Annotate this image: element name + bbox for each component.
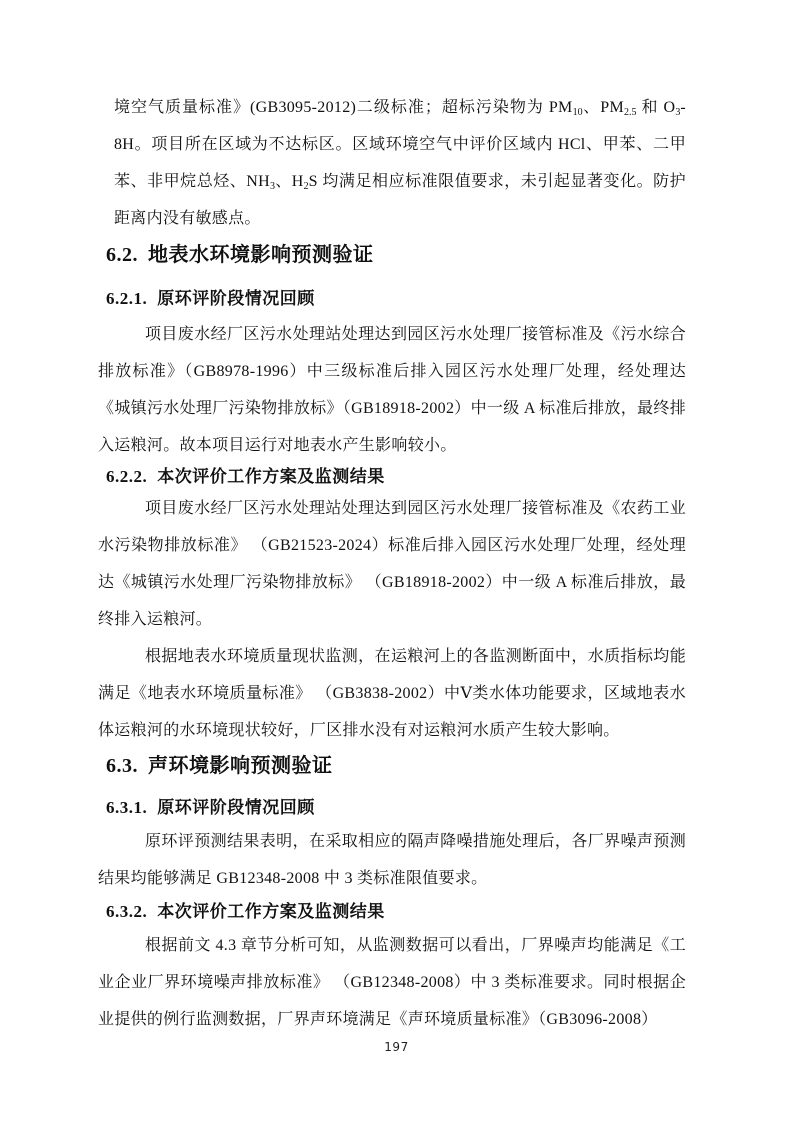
page-number: 197 — [0, 1040, 793, 1054]
subsection-heading-6-2-1: 6.2.1.原环评阶段情况回顾 — [106, 286, 686, 312]
subsection-title: 原环评阶段情况回顾 — [157, 289, 315, 308]
section-number: 6.2. — [106, 244, 138, 266]
subsection-heading-6-3-1: 6.3.1.原环评阶段情况回顾 — [106, 795, 686, 821]
subsection-heading-6-3-2: 6.3.2.本次评价工作方案及监测结果 — [106, 899, 686, 925]
body-paragraph: 根据前文 4.3 章节分析可知，从监测数据可以看出，厂界噪声均能满足《工业企业厂… — [98, 927, 686, 1038]
section-title: 地表水环境影响预测验证 — [148, 244, 374, 266]
subsection-number: 6.2.2. — [106, 467, 147, 486]
intro-paragraph: 境空气质量标准》(GB3095-2012)二级标准；超标污染物为 PM10、PM… — [114, 89, 686, 237]
subsection-title: 本次评价工作方案及监测结果 — [157, 902, 385, 921]
section-heading-6-3: 6.3.声环境影响预测验证 — [106, 751, 686, 781]
subsection-number: 6.3.1. — [106, 798, 147, 817]
body-paragraph: 根据地表水环境质量现状监测，在运粮河上的各监测断面中，水质指标均能满足《地表水环… — [98, 638, 686, 749]
body-paragraph: 项目废水经厂区污水处理站处理达到园区污水处理厂接管标准及《污水综合排放标准》（G… — [98, 316, 686, 464]
subsection-heading-6-2-2: 6.2.2.本次评价工作方案及监测结果 — [106, 464, 686, 490]
section-title: 声环境影响预测验证 — [148, 755, 333, 777]
body-paragraph: 原环评预测结果表明，在采取相应的隔声降噪措施处理后，各厂界噪声预测结果均能够满足… — [98, 823, 686, 897]
subsection-title: 原环评阶段情况回顾 — [157, 798, 315, 817]
body-paragraph: 项目废水经厂区污水处理站处理达到园区污水处理厂接管标准及《农药工业水污染物排放标… — [98, 490, 686, 638]
subsection-title: 本次评价工作方案及监测结果 — [157, 467, 385, 486]
subsection-number: 6.3.2. — [106, 902, 147, 921]
section-number: 6.3. — [106, 755, 138, 777]
section-heading-6-2: 6.2.地表水环境影响预测验证 — [106, 240, 686, 270]
document-page: 境空气质量标准》(GB3095-2012)二级标准；超标污染物为 PM10、PM… — [0, 0, 793, 1122]
subsection-number: 6.2.1. — [106, 289, 147, 308]
